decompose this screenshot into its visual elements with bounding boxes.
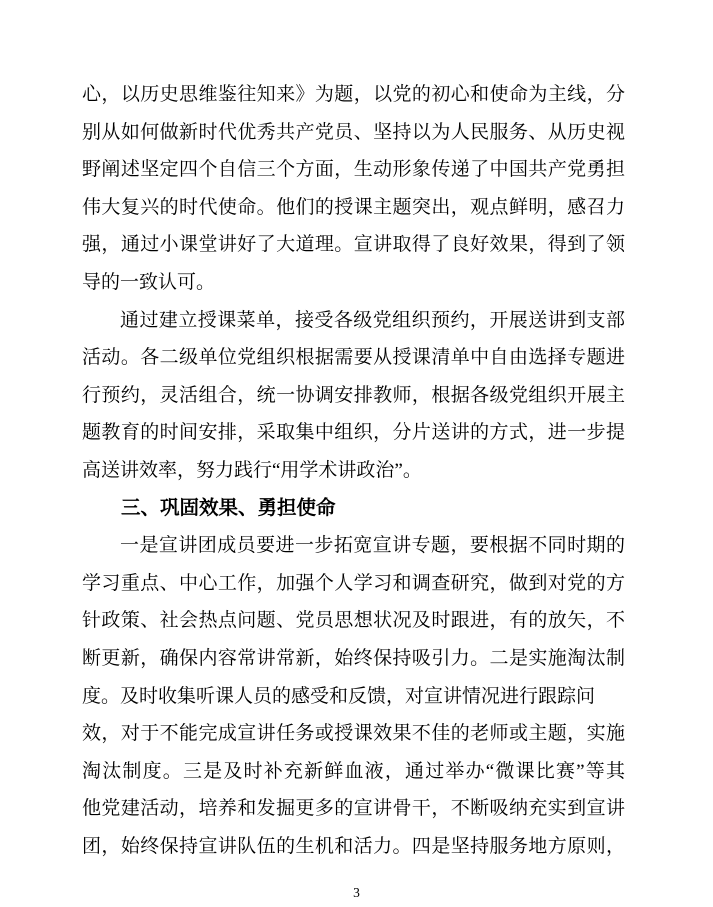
text-line: 通过建立授课菜单，接受各级党组织预约，开展送讲到支部 [82,302,625,340]
text-line: 学习重点、中心工作，加强个人学习和调查研究，做到对党的方 [82,565,625,603]
page-footer: 3 [0,884,713,902]
text-line: 一是宣讲团成员要进一步拓宽宣讲专题，要根据不同时期的 [82,527,625,565]
text-line: 导的一致认可。 [82,264,625,302]
text-line: 效，对于不能完成宣讲任务或授课效果不佳的老师或主题，实施 [82,715,625,753]
text-line: 针政策、社会热点问题、党员思想状况及时跟进，有的放矢，不 [82,602,625,640]
text-line: 伟大复兴的时代使命。他们的授课主题突出，观点鲜明，感召力 [82,189,625,227]
text-line: 行预约，灵活组合，统一协调安排教师，根据各级党组织开展主 [82,377,625,415]
text-line: 淘汰制度。三是及时补充新鲜血液，通过举办“微课比赛”等其 [82,753,625,791]
section-heading: 三、巩固效果、勇担使命 [82,490,625,528]
text-line: 别从如何做新时代优秀共产党员、坚持以为人民服务、从历史视 [82,114,625,152]
text-line: 高送讲效率，努力践行“用学术讲政治”。 [82,452,625,490]
page-number: 3 [353,885,360,900]
text-line: 野阐述坚定四个自信三个方面，生动形象传递了中国共产党勇担 [82,151,625,189]
document-page: 心，以历史思维鉴往知来》为题，以党的初心和使命为主线，分别从如何做新时代优秀共产… [0,0,713,907]
text-line: 心，以历史思维鉴往知来》为题，以党的初心和使命为主线，分 [82,76,625,114]
page-body: 心，以历史思维鉴往知来》为题，以党的初心和使命为主线，分别从如何做新时代优秀共产… [82,76,625,865]
text-line: 题教育的时间安排，采取集中组织，分片送讲的方式，进一步提 [82,414,625,452]
text-line: 强，通过小课堂讲好了大道理。宣讲取得了良好效果，得到了领 [82,226,625,264]
text-line: 他党建活动，培养和发掘更多的宣讲骨干，不断吸纳充实到宣讲 [82,790,625,828]
text-line: 断更新，确保内容常讲常新，始终保持吸引力。二是实施淘汰制 [82,640,625,678]
text-line: 度。及时收集听课人员的感受和反馈，对宣讲情况进行跟踪问 [82,678,625,716]
text-line: 团，始终保持宣讲队伍的生机和活力。四是坚持服务地方原则， [82,828,625,866]
text-line: 活动。各二级单位党组织根据需要从授课清单中自由选择专题进 [82,339,625,377]
